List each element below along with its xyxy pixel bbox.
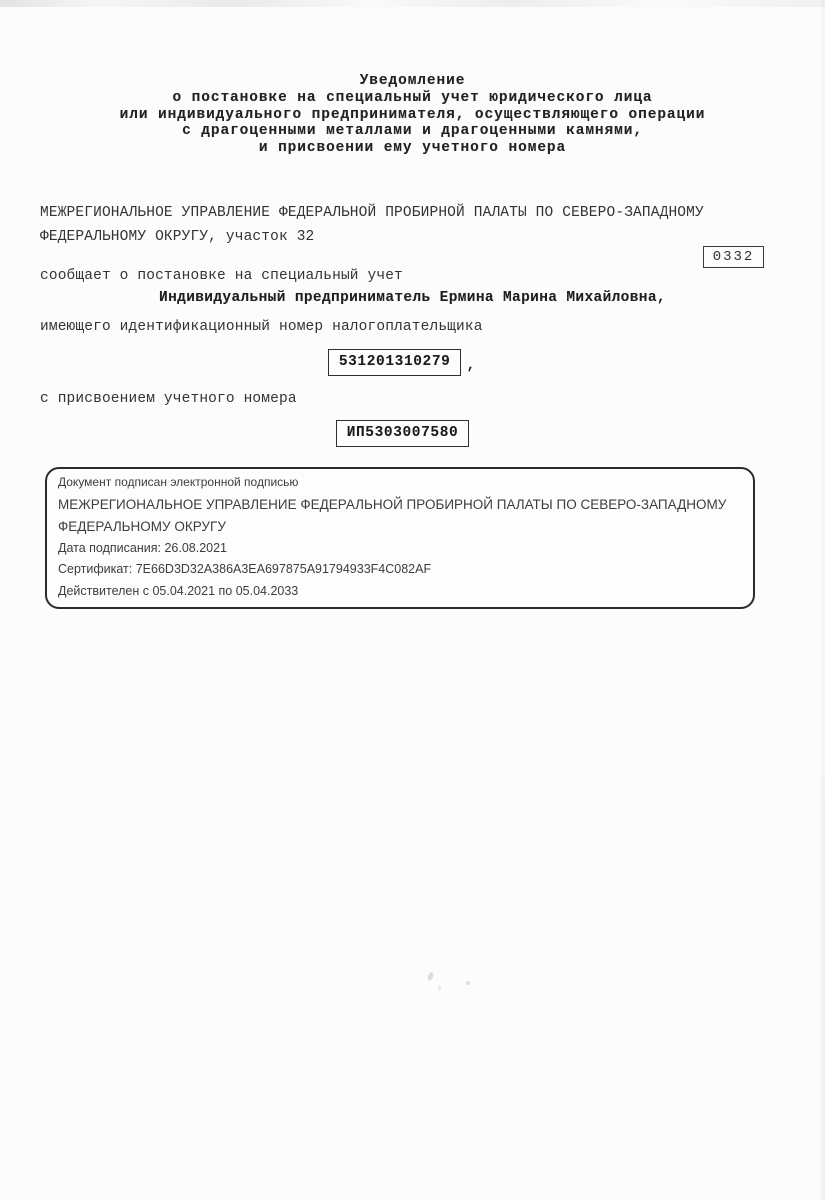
title-line-5: и присвоении ему учетного номера bbox=[0, 140, 825, 157]
title-line-1: Уведомление bbox=[0, 73, 825, 90]
scanned-document-page: Уведомление о постановке на специальный … bbox=[0, 0, 825, 1200]
issuing-authority-line-1: МЕЖРЕГИОНАЛЬНОЕ УПРАВЛЕНИЕ ФЕДЕРАЛЬНОЙ П… bbox=[40, 201, 740, 225]
scan-artifact-right-edge bbox=[821, 0, 825, 1200]
inn-value-box: 531201310279 bbox=[328, 349, 462, 376]
signature-org-line-1: МЕЖРЕГИОНАЛЬНОЕ УПРАВЛЕНИЕ ФЕДЕРАЛЬНОЙ П… bbox=[58, 494, 742, 516]
title-line-3: или индивидуального предпринимателя, осу… bbox=[0, 107, 825, 124]
electronic-signature-stamp: Документ подписан электронной подписью М… bbox=[45, 467, 755, 609]
registry-code-box: 0332 bbox=[703, 246, 764, 268]
document-title: Уведомление о постановке на специальный … bbox=[0, 73, 825, 157]
scan-speck bbox=[466, 981, 470, 985]
inn-label: имеющего идентификационный номер налогоп… bbox=[40, 319, 483, 335]
signature-org-line-2: ФЕДЕРАЛЬНОМУ ОКРУГУ bbox=[58, 516, 742, 538]
inn-trailing-comma: , bbox=[466, 358, 475, 376]
account-number-box: ИП5303007580 bbox=[336, 420, 470, 447]
scan-speck bbox=[427, 971, 435, 981]
title-line-2: о постановке на специальный учет юридиче… bbox=[0, 90, 825, 107]
scan-speck bbox=[438, 985, 441, 991]
inn-row: 531201310279 , bbox=[0, 349, 814, 376]
signature-header: Документ подписан электронной подписью bbox=[58, 472, 742, 494]
account-number-row: ИП5303007580 bbox=[0, 420, 815, 447]
registered-subject-name: Индивидуальный предприниматель Ермина Ма… bbox=[0, 290, 825, 306]
title-line-4: с драгоценными металлами и драгоценными … bbox=[0, 123, 825, 140]
account-number-label: с присвоением учетного номера bbox=[40, 391, 297, 407]
issuing-authority: МЕЖРЕГИОНАЛЬНОЕ УПРАВЛЕНИЕ ФЕДЕРАЛЬНОЙ П… bbox=[40, 201, 740, 249]
signature-validity: Действителен с 05.04.2021 по 05.04.2033 bbox=[58, 581, 742, 603]
notice-statement: сообщает о постановке на специальный уче… bbox=[40, 268, 403, 284]
scan-artifact-top-edge bbox=[0, 0, 825, 7]
issuing-authority-line-2: ФЕДЕРАЛЬНОМУ ОКРУГУ, участок 32 bbox=[40, 225, 740, 249]
signature-date: Дата подписания: 26.08.2021 bbox=[58, 538, 742, 560]
signature-certificate: Сертификат: 7E66D3D32A386A3EA697875A9179… bbox=[58, 559, 742, 581]
